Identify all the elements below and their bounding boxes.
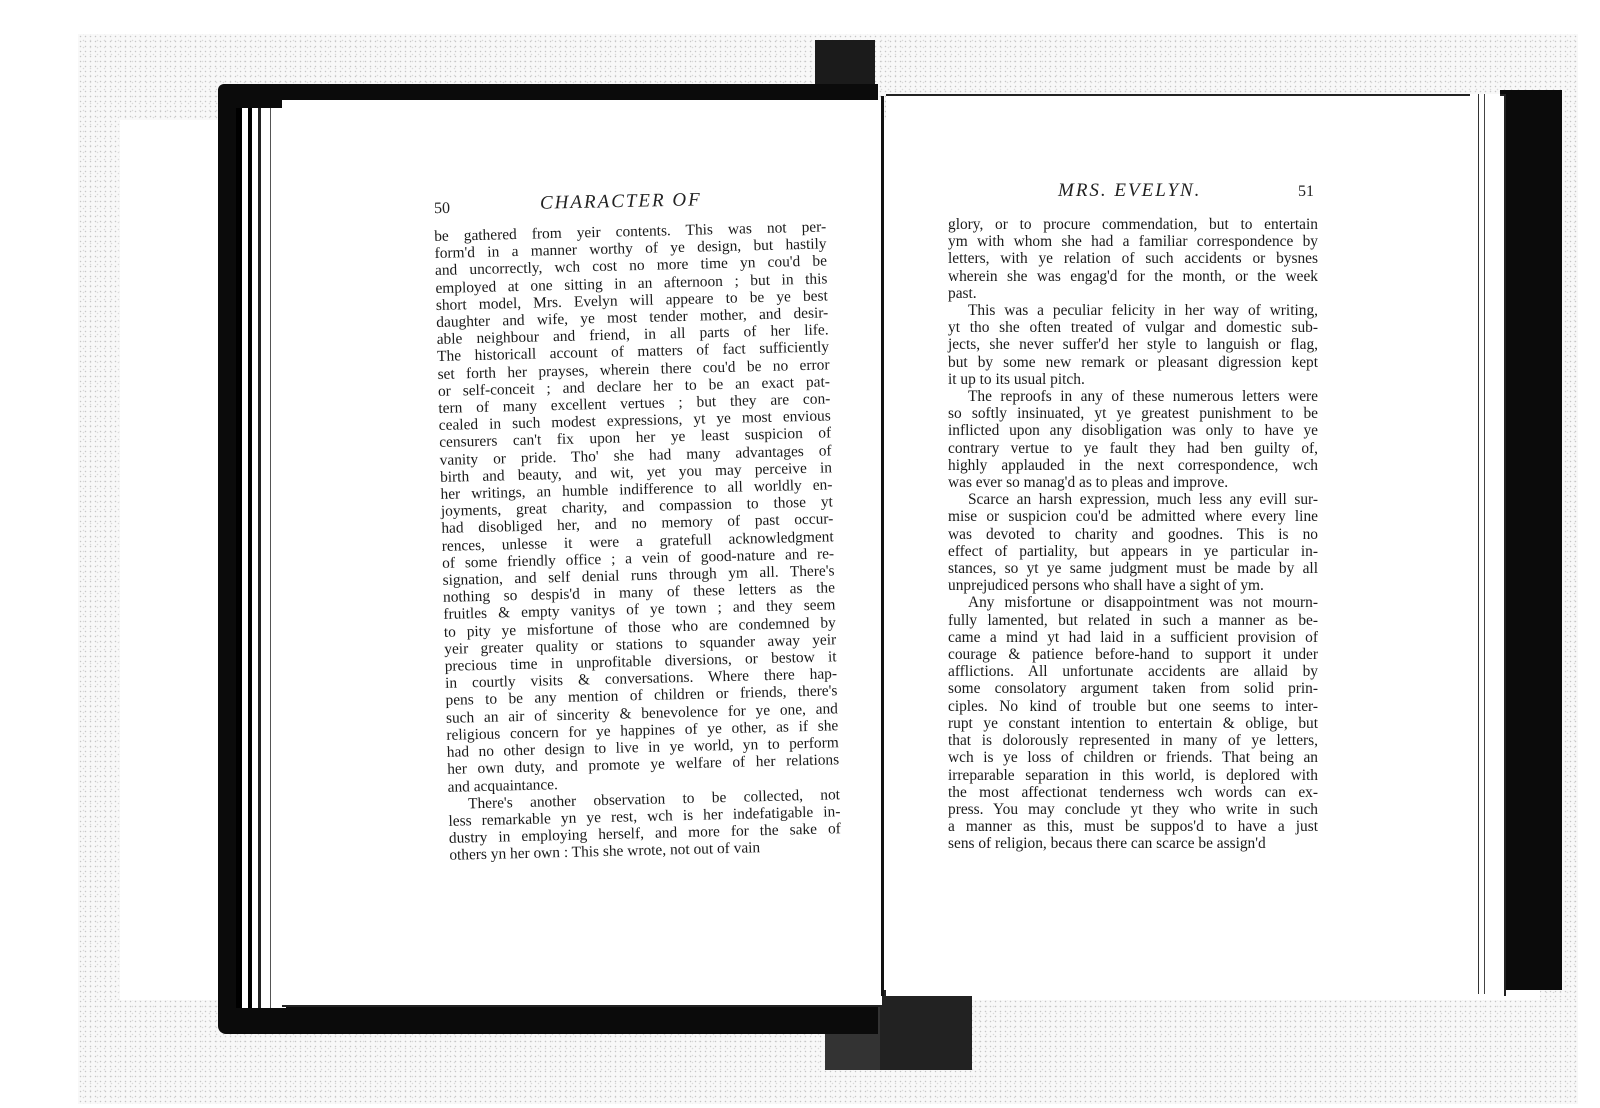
text-line: mise or suspicion cou'd be admitted wher…: [948, 508, 1318, 525]
left-page-number: 50: [434, 200, 450, 218]
text-line: Any misfortune or disappointment was not…: [948, 594, 1318, 611]
right-page-body: glory, or to procure commendation, but t…: [948, 216, 1318, 853]
text-line: ciples. No kind of trouble but one seems…: [948, 698, 1318, 715]
book-gutter: [881, 96, 884, 996]
text-line: a manner as this, must be suppos'd to ha…: [948, 818, 1318, 835]
book-cover-right: [1500, 90, 1562, 990]
text-line: past.: [948, 285, 1318, 302]
text-line: unprejudiced persons who shall have a si…: [948, 577, 1318, 594]
text-line: wch is ye loss of children or friends. T…: [948, 749, 1318, 766]
book-cover-bottom: [880, 990, 972, 1070]
text-line: glory, or to procure commendation, but t…: [948, 216, 1318, 233]
left-page-body: be gathered from yeir contents. This was…: [434, 218, 841, 864]
text-line: came a mind yt had laid in a sufficient …: [948, 629, 1318, 646]
page-edges-right: [1470, 94, 1500, 994]
text-line: so softly insinuated, yt ye greatest pun…: [948, 405, 1318, 422]
text-line: it up to its usual pitch.: [948, 371, 1318, 388]
text-line: ym with whom she had a familiar correspo…: [948, 233, 1318, 250]
text-line: contrary vertue to ye fault they had ben…: [948, 440, 1318, 457]
text-line: press. You may conclude yt they who writ…: [948, 801, 1318, 818]
text-line: Scarce an harsh expression, much less an…: [948, 491, 1318, 508]
text-line: courage & patience before-hand to suppor…: [948, 646, 1318, 663]
text-line: was ever so manag'd as to pleas and impr…: [948, 474, 1318, 491]
text-line: The reproofs in any of these numerous le…: [948, 388, 1318, 405]
right-page-number: 51: [1298, 183, 1314, 201]
text-line: yt tho she often treated of vulgar and d…: [948, 319, 1318, 336]
page-edges-left: [236, 108, 286, 1008]
text-line: irreparable separation in this world, is…: [948, 767, 1318, 784]
text-line: inflicted upon any disobligation was onl…: [948, 422, 1318, 439]
text-line: jects, she never suffer'd her style to l…: [948, 336, 1318, 353]
left-running-head: CHARACTER OF: [540, 189, 702, 214]
text-line: highly applauded in the next corresponde…: [948, 457, 1318, 474]
text-line: some consolatory argument taken from sol…: [948, 680, 1318, 697]
text-line: was devoted to charity and goodnes. This…: [948, 526, 1318, 543]
text-line: fully lamented, but related in such a ma…: [948, 612, 1318, 629]
text-line: This was a peculiar felicity in her way …: [948, 302, 1318, 319]
text-line: stances, so yt ye same judgment must be …: [948, 560, 1318, 577]
text-line: sens of religion, becaus there can scarc…: [948, 835, 1318, 852]
text-line: letters, with ye relation of such accide…: [948, 250, 1318, 267]
text-line: the most affectionat tenderness wch word…: [948, 784, 1318, 801]
text-line: afflictions. All unfortunate accidents a…: [948, 663, 1318, 680]
text-line: wherein she was engag'd for the month, o…: [948, 268, 1318, 285]
text-line: rupt ye constant intention to entertain …: [948, 715, 1318, 732]
text-line: effect of partiality, but appears in ye …: [948, 543, 1318, 560]
text-line: but by some new remark or pleasant digre…: [948, 354, 1318, 371]
spine-top: [815, 40, 875, 90]
right-running-head: MRS. EVELYN.: [1058, 180, 1201, 202]
text-line: that is dolorously represented in many o…: [948, 732, 1318, 749]
